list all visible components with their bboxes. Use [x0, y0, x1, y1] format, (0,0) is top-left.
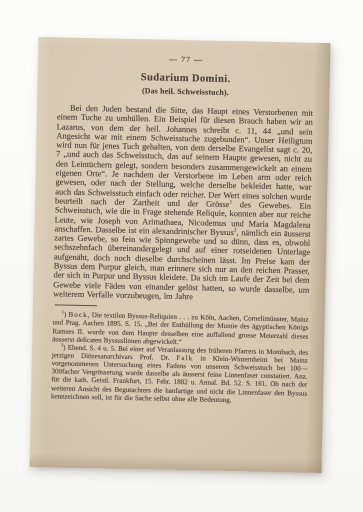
body-paragraph: Bei den Juden bestand die Sitte, das Hau… [53, 103, 313, 304]
page-content: — 77 — Sudarium Domini. (Das heil. Schwe… [31, 37, 331, 406]
body-segment-1: Bei den Juden bestand die Sitte, das Hau… [55, 104, 313, 209]
scan-background: — 77 — Sudarium Domini. (Das heil. Schwe… [0, 0, 363, 512]
body-segment-3: , nämlich ein äusserst zartes Gewebe, so… [53, 228, 310, 301]
article-subtitle: (Das heil. Schweisstuch). [57, 84, 313, 98]
footnote-2-author: Falk [176, 354, 193, 362]
footnote-2-text: in Klein-Winternheim bei Mainz vorgenomm… [51, 354, 308, 404]
footnote-1: 1) Bock, Die textilen Byssus-Reliquien .… [52, 311, 309, 349]
page-number-header: — 77 — [58, 52, 314, 66]
footnote-2: 2) Ebend. S. 4 u. 5. Bei einer auf Veran… [51, 343, 308, 405]
book-page-scan: — 77 — Sudarium Domini. (Das heil. Schwe… [30, 37, 331, 473]
footnote-1-text: , Die textilen Byssus-Reliquien . . . zu… [52, 311, 309, 345]
footnote-separator [55, 305, 97, 307]
footnote-1-author: Bock [68, 311, 87, 319]
